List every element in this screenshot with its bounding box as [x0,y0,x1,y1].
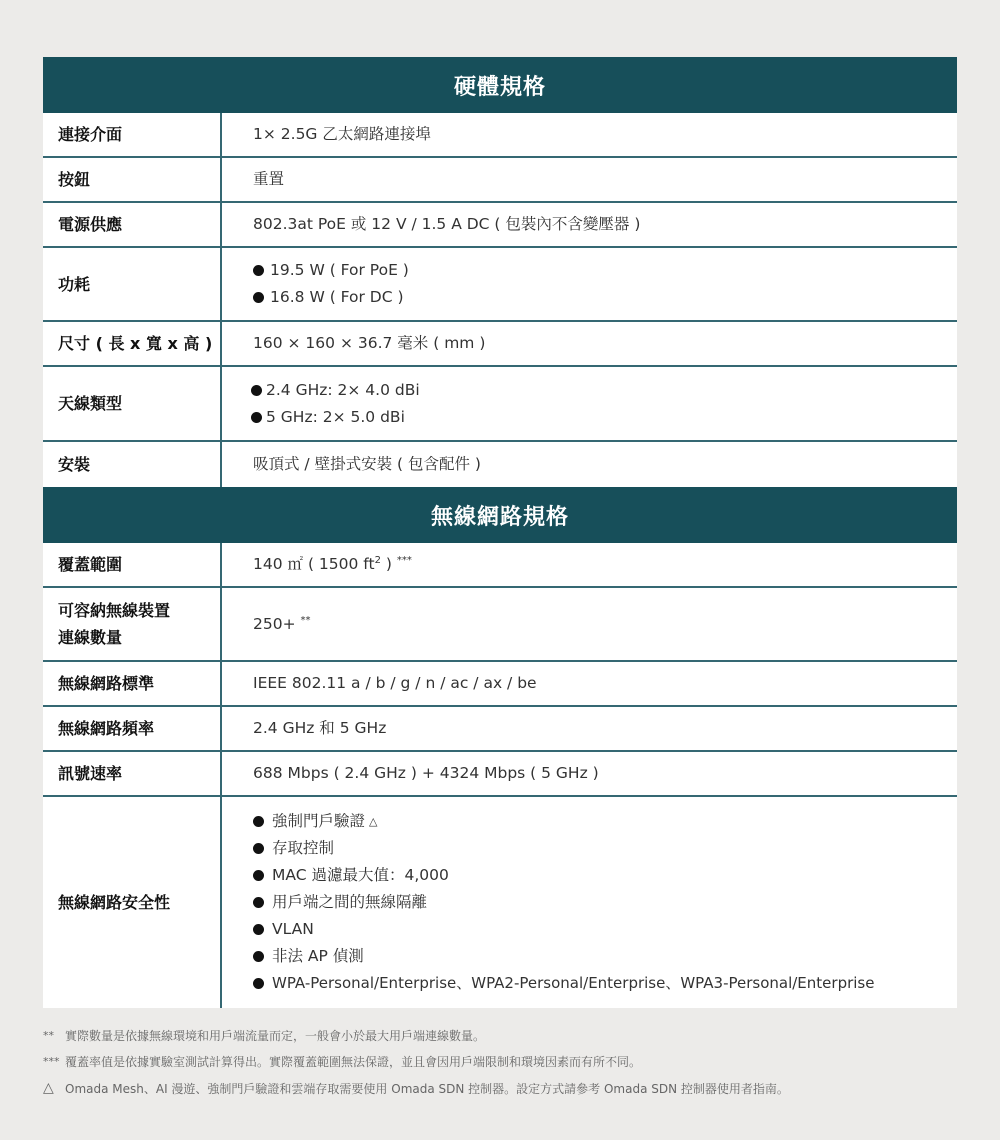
spec-label: 電源供應 [43,203,222,246]
spec-row-frequency: 無線網路頻率 2.4 GHz 和 5 GHz [43,707,957,752]
bullet-icon [253,897,264,908]
footnote-item: ** 實際數量是依據無線環境和用戶端流量而定，一般會小於最大用戶端連線數量。 [43,1022,957,1049]
spec-value: 1× 2.5G 乙太網路連接埠 [222,113,957,156]
value-main: 140 ㎡ ( 1500 ft [253,555,375,573]
footnote-text: 覆蓋率值是依據實驗室測試計算得出。實際覆蓋範圍無法保證，並且會因用戶端限制和環境… [65,1053,641,1070]
bullet-text: WPA-Personal/Enterprise、WPA2-Personal/En… [272,970,874,997]
section-title: 硬體規格 [454,70,546,101]
section-header-wireless: 無線網路規格 [43,487,957,543]
spec-row-interface: 連接介面 1× 2.5G 乙太網路連接埠 [43,113,957,158]
bullet-text: 強制門戶驗證 [272,808,365,835]
spec-table: 硬體規格 連接介面 1× 2.5G 乙太網路連接埠 按鈕 重置 電源供應 802… [43,57,957,1008]
spec-label: 無線網路標準 [43,662,222,705]
bullet-text: 用戶端之間的無線隔離 [272,889,427,916]
spec-row-coverage: 覆蓋範圍 140 ㎡ ( 1500 ft2 ) *** [43,543,957,588]
section-title: 無線網路規格 [431,500,569,531]
spec-label: 可容納無線裝置 連線數量 [43,588,222,660]
bullet-item: 2.4 GHz: 2× 4.0 dBi [251,377,957,404]
bullet-item: 非法 AP 偵測 [253,943,957,970]
bullet-icon [253,265,264,276]
bullet-item: WPA-Personal/Enterprise、WPA2-Personal/En… [253,970,957,997]
spec-label: 天線類型 [43,367,222,440]
bullet-text: 2.4 GHz: 2× 4.0 dBi [266,377,420,404]
bullet-text: 16.8 W ( For DC ) [270,284,404,311]
bullet-text: 19.5 W ( For PoE ) [270,257,409,284]
spec-row-antenna: 天線類型 2.4 GHz: 2× 4.0 dBi 5 GHz: 2× 5.0 d… [43,367,957,442]
footnote-text: 實際數量是依據無線環境和用戶端流量而定，一般會小於最大用戶端連線數量。 [65,1027,485,1044]
section-header-hardware: 硬體規格 [43,57,957,113]
spec-label: 訊號速率 [43,752,222,795]
footnotes: ** 實際數量是依據無線環境和用戶端流量而定，一般會小於最大用戶端連線數量。 *… [43,1022,957,1102]
spec-row-mounting: 安裝 吸頂式 / 壁掛式安裝 ( 包含配件 ) [43,442,957,487]
footnote-item: *** 覆蓋率值是依據實驗室測試計算得出。實際覆蓋範圍無法保證，並且會因用戶端限… [43,1049,957,1076]
spec-value-text: 802.3at PoE 或 12 V / 1.5 A DC ( 包裝內不含變壓器… [253,211,957,238]
bullet-item: 存取控制 [253,835,957,862]
spec-row-button: 按鈕 重置 [43,158,957,203]
spec-value: 802.3at PoE 或 12 V / 1.5 A DC ( 包裝內不含變壓器… [222,203,957,246]
bullet-item: 16.8 W ( For DC ) [253,284,957,311]
bullet-icon [253,870,264,881]
spec-row-power-supply: 電源供應 802.3at PoE 或 12 V / 1.5 A DC ( 包裝內… [43,203,957,248]
bullet-icon [253,924,264,935]
bullet-text: 非法 AP 偵測 [272,943,364,970]
spec-row-power-consumption: 功耗 19.5 W ( For PoE ) 16.8 W ( For DC ) [43,248,957,322]
spec-row-signal-rate: 訊號速率 688 Mbps ( 2.4 GHz ) + 4324 Mbps ( … [43,752,957,797]
bullet-text: VLAN [272,916,314,943]
triangle-icon: △ [43,1080,65,1096]
spec-value: 160 × 160 × 36.7 毫米 ( mm ) [222,322,957,365]
spec-row-wireless-standard: 無線網路標準 IEEE 802.11 a / b / g / n / ac / … [43,662,957,707]
spec-row-client-capacity: 可容納無線裝置 連線數量 250+ ** [43,588,957,662]
bullet-item: 強制門戶驗證△ [253,808,957,835]
bullet-item: 用戶端之間的無線隔離 [253,889,957,916]
bullet-item: MAC 過濾最大值：4,000 [253,862,957,889]
value-tail: ) [381,555,397,573]
spec-row-wireless-security: 無線網路安全性 強制門戶驗證△ 存取控制 MAC 過濾最大值：4,000 用戶端… [43,797,957,1008]
bullet-item: VLAN [253,916,957,943]
spec-value: 2.4 GHz 和 5 GHz [222,707,957,750]
spec-value-text: 1× 2.5G 乙太網路連接埠 [253,121,957,148]
footnote-mark: *** [43,1055,65,1068]
spec-label: 按鈕 [43,158,222,201]
bullet-icon [253,843,264,854]
bullet-text: 5 GHz: 2× 5.0 dBi [266,404,405,431]
spec-label: 覆蓋範圍 [43,543,222,586]
spec-value-text: IEEE 802.11 a / b / g / n / ac / ax / be [253,670,957,697]
spec-value: 強制門戶驗證△ 存取控制 MAC 過濾最大值：4,000 用戶端之間的無線隔離 … [222,797,957,1008]
spec-label: 無線網路頻率 [43,707,222,750]
bullet-item: 19.5 W ( For PoE ) [253,257,957,284]
value-main: 250+ [253,615,301,633]
spec-value-text: 250+ ** [253,611,957,638]
spec-value-text: 吸頂式 / 壁掛式安裝 ( 包含配件 ) [253,451,957,478]
bullet-text: 存取控制 [272,835,334,862]
spec-value-text: 688 Mbps ( 2.4 GHz ) + 4324 Mbps ( 5 GHz… [253,760,957,787]
spec-value: IEEE 802.11 a / b / g / n / ac / ax / be [222,662,957,705]
spec-value: 140 ㎡ ( 1500 ft2 ) *** [222,543,957,586]
bullet-text: MAC 過濾最大值：4,000 [272,862,449,889]
footnote-item: △ Omada Mesh、AI 漫遊、強制門戶驗證和雲端存取需要使用 Omada… [43,1075,957,1102]
spec-label: 連接介面 [43,113,222,156]
footnote-mark: *** [397,555,412,566]
spec-value: 688 Mbps ( 2.4 GHz ) + 4324 Mbps ( 5 GHz… [222,752,957,795]
spec-value-text: 重置 [253,166,957,193]
bullet-icon [251,385,262,396]
spec-value-text: 140 ㎡ ( 1500 ft2 ) *** [253,551,957,578]
spec-value-text: 160 × 160 × 36.7 毫米 ( mm ) [253,330,957,357]
label-line: 可容納無線裝置 [58,597,170,624]
footnote-mark: ** [43,1029,65,1042]
spec-value-text: 2.4 GHz 和 5 GHz [253,715,957,742]
spec-value: 250+ ** [222,588,957,660]
bullet-icon [253,951,264,962]
footnote-mark: ** [301,614,311,625]
label-line: 連線數量 [58,624,170,651]
spec-value: 吸頂式 / 壁掛式安裝 ( 包含配件 ) [222,442,957,487]
spec-row-dimensions: 尺寸 ( 長 x 寬 x 高 ) 160 × 160 × 36.7 毫米 ( m… [43,322,957,367]
spec-value: 重置 [222,158,957,201]
bullet-icon [251,412,262,423]
bullet-icon [253,816,264,827]
bullet-icon [253,978,264,989]
footnote-text: Omada Mesh、AI 漫遊、強制門戶驗證和雲端存取需要使用 Omada S… [65,1080,789,1097]
spec-label: 安裝 [43,442,222,487]
spec-label: 功耗 [43,248,222,320]
bullet-icon [253,292,264,303]
spec-value: 2.4 GHz: 2× 4.0 dBi 5 GHz: 2× 5.0 dBi [222,367,957,440]
spec-value: 19.5 W ( For PoE ) 16.8 W ( For DC ) [222,248,957,320]
spec-label: 無線網路安全性 [43,797,222,1008]
bullet-item: 5 GHz: 2× 5.0 dBi [251,404,957,431]
spec-label: 尺寸 ( 長 x 寬 x 高 ) [43,322,222,365]
